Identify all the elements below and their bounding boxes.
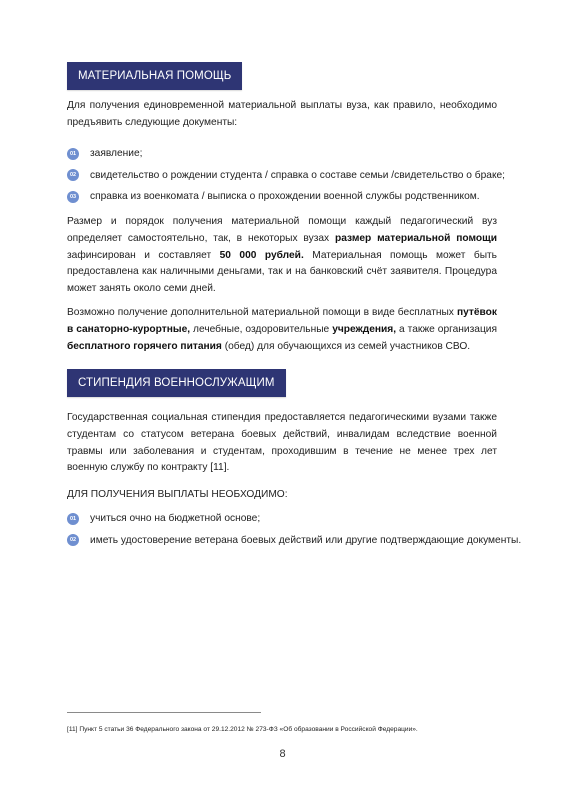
list-item: 03 справка из военкомата / выписка о про…	[67, 186, 507, 208]
number-bullet-icon: 02	[67, 169, 79, 181]
bold-text-run: размер материальной помощи	[335, 233, 497, 244]
bold-text-run: учреждения,	[332, 324, 396, 335]
list-item-text: заявление;	[90, 148, 142, 159]
text-run: зафинсирован и составляет	[67, 250, 220, 261]
list-item-text: справка из военкомата / выписка о прохож…	[90, 191, 480, 202]
military-stipend-intro: Государственная социальная стипендия пре…	[67, 410, 497, 477]
requirements-title: ДЛЯ ПОЛУЧЕНИЯ ВЫПЛАТЫ НЕОБХОДИМО:	[67, 489, 288, 500]
list-item: 02 иметь удостоверение ветерана боевых д…	[67, 530, 507, 552]
material-aid-intro: Для получения единовременной материально…	[67, 88, 497, 132]
text-run: (обед) для обучающихся из семей участник…	[222, 341, 470, 352]
document-page: МАТЕРИАЛЬНАЯ ПОМОЩЬ Для получения единов…	[0, 0, 565, 800]
additional-aid-paragraph: Возможно получение дополнительной матери…	[67, 305, 497, 355]
list-item-text: учиться очно на бюджетной основе;	[90, 513, 260, 524]
list-item: 01 заявление;	[67, 143, 507, 165]
bold-text-run: бесплатного горячего питания	[67, 341, 222, 352]
footnote: [11] Пункт 5 статьи 36 Федерального зако…	[67, 726, 418, 733]
number-bullet-icon: 01	[67, 513, 79, 525]
material-aid-amount-paragraph: Размер и порядок получения материальной …	[67, 214, 497, 298]
page-number: 8	[0, 748, 565, 760]
section-header-military-stipend: СТИПЕНДИЯ ВОЕННОСЛУЖАЩИМ	[67, 369, 286, 397]
number-bullet-icon: 02	[67, 534, 79, 546]
text-run: Возможно получение дополнительной матери…	[67, 307, 457, 318]
bold-text-run: 50 000 рублей.	[220, 250, 304, 261]
requirements-list: 01 учиться очно на бюджетной основе; 02 …	[67, 508, 507, 551]
number-bullet-icon: 03	[67, 191, 79, 203]
text-run: а также организация	[396, 324, 497, 335]
material-aid-documents-list: 01 заявление; 02 свидетельство о рождени…	[67, 143, 507, 208]
footnote-divider	[67, 712, 261, 713]
number-bullet-icon: 01	[67, 148, 79, 160]
text-run: лечебные, оздоровительные	[190, 324, 332, 335]
section-header-material-aid: МАТЕРИАЛЬНАЯ ПОМОЩЬ	[67, 62, 242, 90]
list-item: 02 свидетельство о рождении студента / с…	[67, 165, 507, 187]
list-item-text: иметь удостоверение ветерана боевых дейс…	[90, 535, 521, 546]
list-item-text: свидетельство о рождении студента / спра…	[90, 170, 505, 181]
list-item: 01 учиться очно на бюджетной основе;	[67, 508, 507, 530]
